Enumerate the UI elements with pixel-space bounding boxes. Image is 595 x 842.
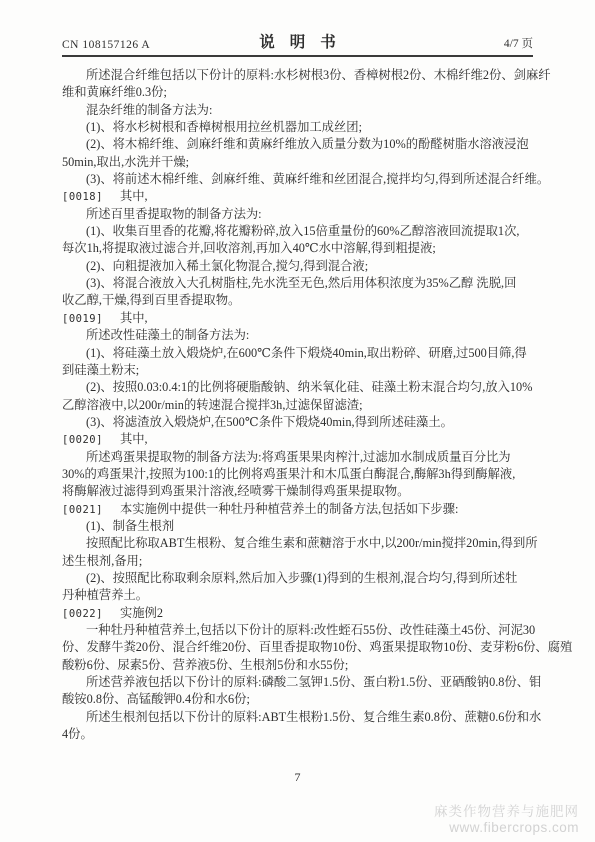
page-number: 7 [0,770,595,785]
text-line: 丹种植营养土。 [62,587,533,604]
paragraph-tag: [0022] [62,608,103,620]
text-line: (1)、将硅藻土放入煅烧炉,在600℃条件下煅烧40min,取出粉碎、研磨,过5… [62,345,533,362]
paragraph-tag: [0019] [62,313,103,325]
text-line: (3)、将前述木棉纤维、剑麻纤维、黄麻纤维和丝团混合,搅拌均匀,得到所述混合纤维… [62,171,533,188]
text-line: (1)、将水杉树根和香樟树根用拉丝机器加工成丝团; [62,119,533,136]
watermark: 麻类作物营养与施肥网 www.fibercrops.com [434,804,579,836]
text-line: [0019]其中, [62,310,533,327]
paragraph-text: 其中, [120,432,148,446]
paragraph-tag: [0021] [62,504,103,516]
text-line: (3)、将滤渣放入煅烧炉,在500℃条件下煅烧40min,得到所述硅藻土。 [62,414,533,431]
patent-specification-page: CN 108157126 A 说明书 4/7 页 所述混合纤维包括以下份计的原料… [0,0,595,842]
text-line: 酸粉6份、尿素5份、营养液5份、生根剂5份和水55份; [62,657,533,674]
text-line: 将酶解液过滤得到鸡蛋果汁溶液,经喷雾干燥制得鸡蛋果提取物。 [62,483,533,500]
text-line: 一种牡丹种植营养土,包括以下份计的原料:改性蛭石55份、改性硅藻土45份、河泥3… [62,622,533,639]
text-line: 述生根剂,备用; [62,553,533,570]
text-line: 所述混合纤维包括以下份计的原料:水杉树根3份、香樟树根2份、木棉纤维2份、剑麻纤 [62,67,533,84]
text-line: 份、发酵牛粪20份、混合纤维20份、百里香提取物10份、鸡蛋果提取物10份、麦芽… [62,639,533,656]
paragraph-text: 其中, [120,189,148,203]
text-line: 收乙醇,干燥,得到百里香提取物。 [62,292,533,309]
paragraph-tag: [0020] [62,434,103,446]
text-line: [0020]其中, [62,431,533,448]
text-line: 所述生根剂包括以下份计的原料:ABT生根粉1.5份、复合维生素0.8份、蔗糖0.… [62,709,533,726]
paragraph-tag: [0018] [62,191,103,203]
text-line: [0022]实施例2 [62,605,533,622]
watermark-site-name: 麻类作物营养与施肥网 [434,804,579,820]
text-line: 所述改性硅藻土的制备方法为: [62,327,533,344]
watermark-site-url: www.fibercrops.com [434,820,579,836]
text-line: 所述百里香提取物的制备方法为: [62,206,533,223]
text-line: 混杂纤维的制备方法为: [62,102,533,119]
text-line: 按照配比称取ABT生根粉、复合维生素和蔗糖溶于水中,以200r/min搅拌20m… [62,535,533,552]
text-line: 30%的鸡蛋果汁,按照为100:1的比例将鸡蛋果汁和木瓜蛋白酶混合,酶解3h得到… [62,466,533,483]
text-line: (2)、将木棉纤维、剑麻纤维和黄麻纤维放入质量分数为10%的酚醛树脂水溶液浸泡 [62,136,533,153]
text-line: [0021]本实施例中提供一种牡丹种植营养土的制备方法,包括如下步骤: [62,501,533,518]
text-line: 乙醇溶液中,以200r/min的转速混合搅拌3h,过滤保留滤渣; [62,397,533,414]
text-line: 50min,取出,水洗并干燥; [62,154,533,171]
text-line: 所述鸡蛋果提取物的制备方法为:将鸡蛋果果肉榨汁,过滤加水制成质量百分比为 [62,449,533,466]
text-line: (1)、收集百里香的花瓣,将花瓣粉碎,放入15倍重量份的60%乙醇溶液回流提取1… [62,223,533,240]
text-line: 到硅藻土粉末; [62,362,533,379]
header-rule [62,55,533,57]
text-line: (3)、将混合液放入大孔树脂柱,先水洗至无色,然后用体积浓度为35%乙醇 洗脱,… [62,275,533,292]
paragraph-text: 本实施例中提供一种牡丹种植营养土的制备方法,包括如下步骤: [120,502,459,516]
page-header: CN 108157126 A 说明书 4/7 页 [62,33,533,53]
text-line: (1)、制备生根剂 [62,518,533,535]
document-title: 说明书 [244,30,351,52]
text-line: 每次1h,将提取液过滤合并,回收溶剂,再加入40℃水中溶解,得到粗提液; [62,240,533,257]
patent-number: CN 108157126 A [62,39,150,51]
text-line: [0018]其中, [62,188,533,205]
text-line: (2)、按照配比称取剩余原料,然后加入步骤(1)得到的生根剂,混合均匀,得到所述… [62,570,533,587]
text-line: (2)、按照0.03:0.4:1的比例将硬脂酸钠、纳米氧化硅、硅藻土粉末混合均匀… [62,379,533,396]
page-indicator: 4/7 页 [504,35,533,51]
paragraph-text: 其中, [120,311,148,325]
text-line: 所述营养液包括以下份计的原料:磷酸二氢钾1.5份、蛋白粉1.5份、亚硒酸钠0.8… [62,674,533,691]
document-body: 所述混合纤维包括以下份计的原料:水杉树根3份、香樟树根2份、木棉纤维2份、剑麻纤… [62,67,533,743]
text-line: 酸铵0.8份、高锰酸钾0.4份和水6份; [62,691,533,708]
text-line: (2)、向粗提液加入稀土氯化物混合,搅匀,得到混合液; [62,258,533,275]
text-line: 维和黄麻纤维0.3份; [62,84,533,101]
text-line: 4份。 [62,726,533,743]
paragraph-text: 实施例2 [120,606,163,620]
